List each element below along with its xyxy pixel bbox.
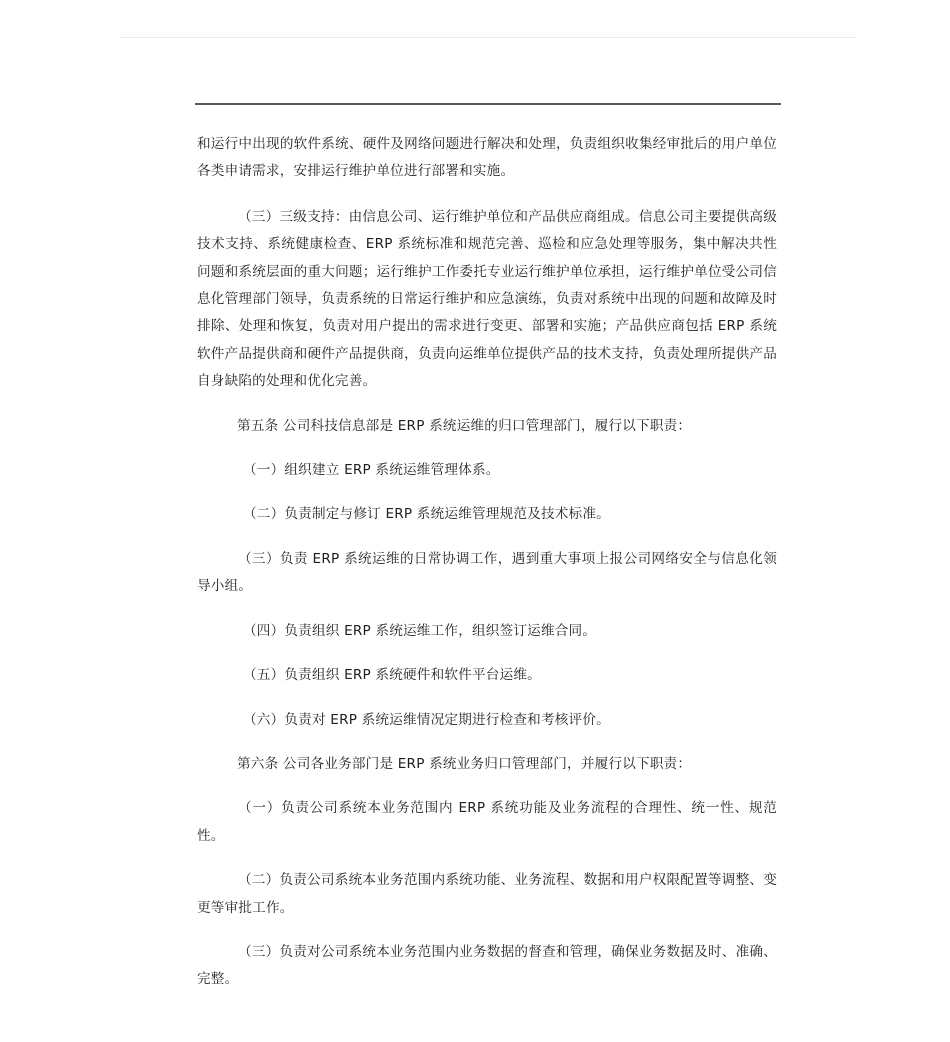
article-6-item-3: （三）负责对公司系统本业务范围内业务数据的督查和管理，确保业务数据及时、准确、完…	[197, 939, 777, 994]
article-5-item-1: （一）组织建立 ERP 系统运维管理体系。	[197, 457, 777, 484]
paragraph-continuation: 和运行中出现的软件系统、硬件及网络问题进行解决和处理，负责组织收集经审批后的用户…	[197, 131, 777, 186]
header-rule	[195, 103, 781, 105]
article-6-item-1: （一）负责公司系统本业务范围内 ERP 系统功能及业务流程的合理性、统一性、规范…	[197, 795, 777, 850]
article-6-item-2: （二）负责公司系统本业务范围内系统功能、业务流程、数据和用户权限配置等调整、变更…	[197, 867, 777, 922]
page-top-edge	[120, 37, 856, 38]
article-5-heading: 第五条 公司科技信息部是 ERP 系统运维的归口管理部门，履行以下职责：	[197, 413, 777, 440]
article-5-item-4: （四）负责组织 ERP 系统运维工作，组织签订运维合同。	[197, 618, 777, 645]
document-body: 和运行中出现的软件系统、硬件及网络问题进行解决和处理，负责组织收集经审批后的用户…	[197, 131, 777, 994]
article-5-item-3: （三）负责 ERP 系统运维的日常协调工作，遇到重大事项上报公司网络安全与信息化…	[197, 546, 777, 601]
article-5-item-5: （五）负责组织 ERP 系统硬件和软件平台运维。	[197, 662, 777, 689]
paragraph-level3-support: （三）三级支持：由信息公司、运行维护单位和产品供应商组成。信息公司主要提供高级技…	[197, 204, 777, 396]
article-5-item-6: （六）负责对 ERP 系统运维情况定期进行检查和考核评价。	[197, 707, 777, 734]
article-5-item-2: （二）负责制定与修订 ERP 系统运维管理规范及技术标准。	[197, 501, 777, 528]
article-6-heading: 第六条 公司各业务部门是 ERP 系统业务归口管理部门，并履行以下职责：	[197, 751, 777, 778]
